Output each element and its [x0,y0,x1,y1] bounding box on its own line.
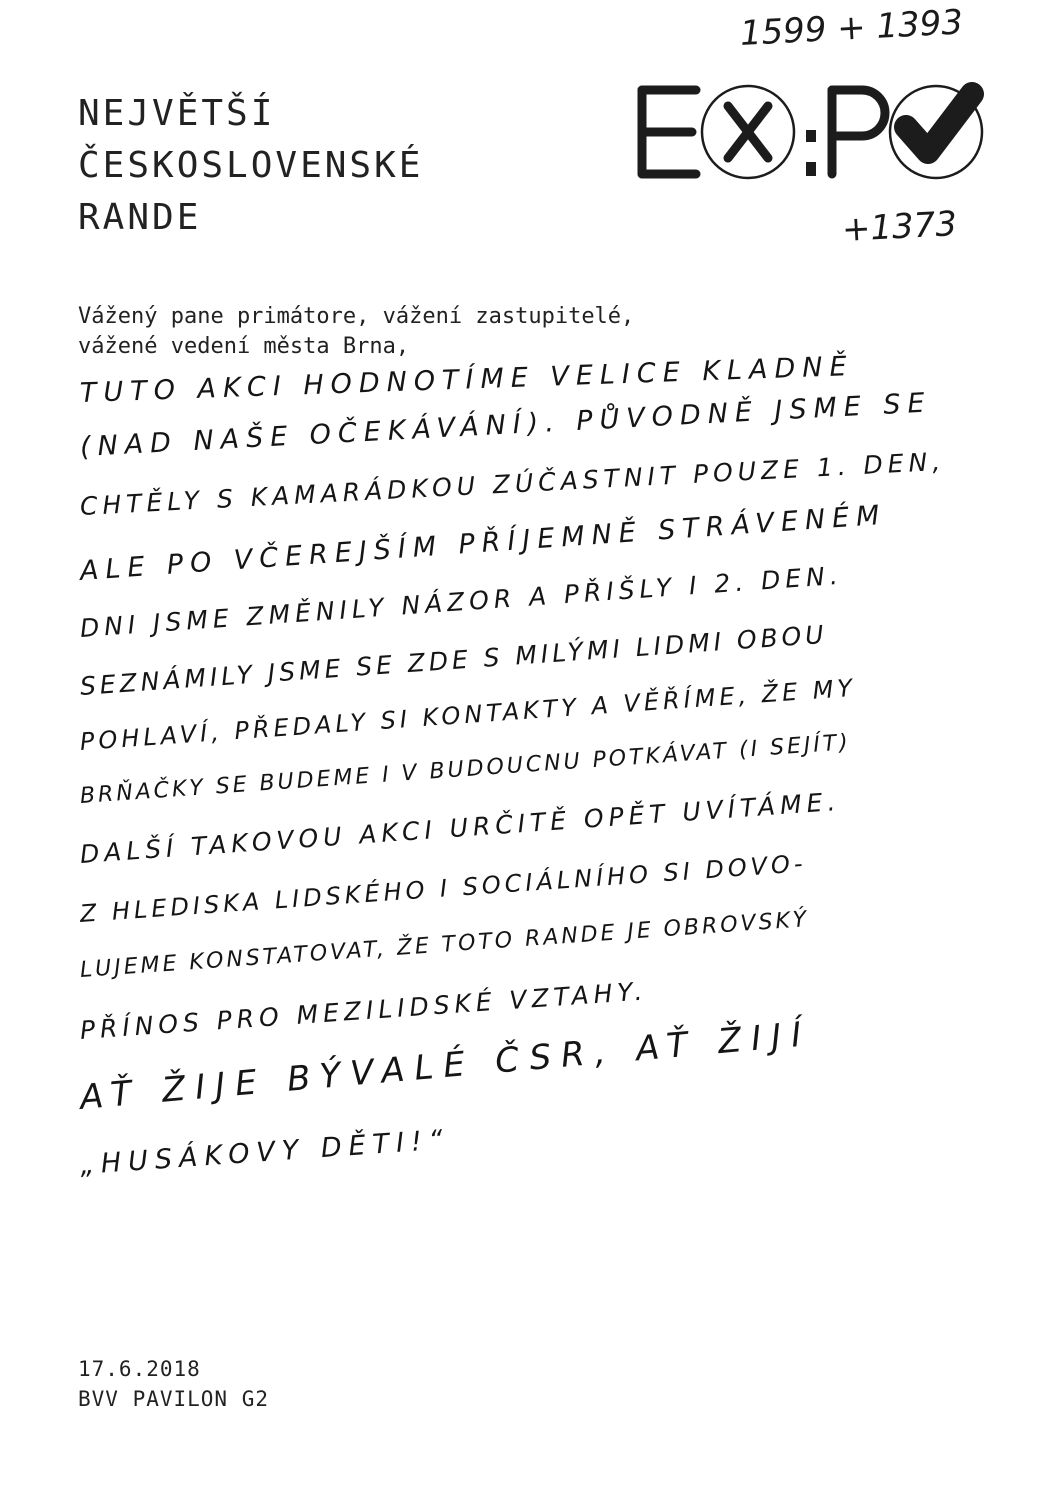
event-venue: BVV PAVILON G2 [78,1384,269,1414]
checkmark-in-circle-icon [890,86,982,178]
logo-colon-top [806,130,816,142]
title-line: ČESKOSLOVENSKÉ [78,140,423,192]
title-line: RANDE [78,192,423,244]
salutation-line: vážené vedení města Brna, [78,332,634,362]
event-footer: 17.6.2018 BVV PAVILON G2 [78,1354,269,1414]
event-title: NEJVĚTŠÍ ČESKOSLOVENSKÉ RANDE [78,88,423,244]
x-in-circle-icon [702,86,794,178]
handwritten-count-addition: +1373 [841,204,958,250]
logo-letter-e [642,90,696,174]
letter-line: „Husákovy děti!“ [79,1124,451,1181]
event-date: 17.6.2018 [78,1354,269,1384]
logo-letter-p [832,90,885,174]
title-line: NEJVĚTŠÍ [78,88,423,140]
handwritten-count-note: 1599 + 1393 [739,2,964,54]
logo-colon-bottom [806,162,816,176]
salutation: Vážený pane primátore, vážení zastupitel… [78,302,634,362]
salutation-line: Vážený pane primátore, vážení zastupitel… [78,302,634,332]
expo-logo [636,82,986,182]
